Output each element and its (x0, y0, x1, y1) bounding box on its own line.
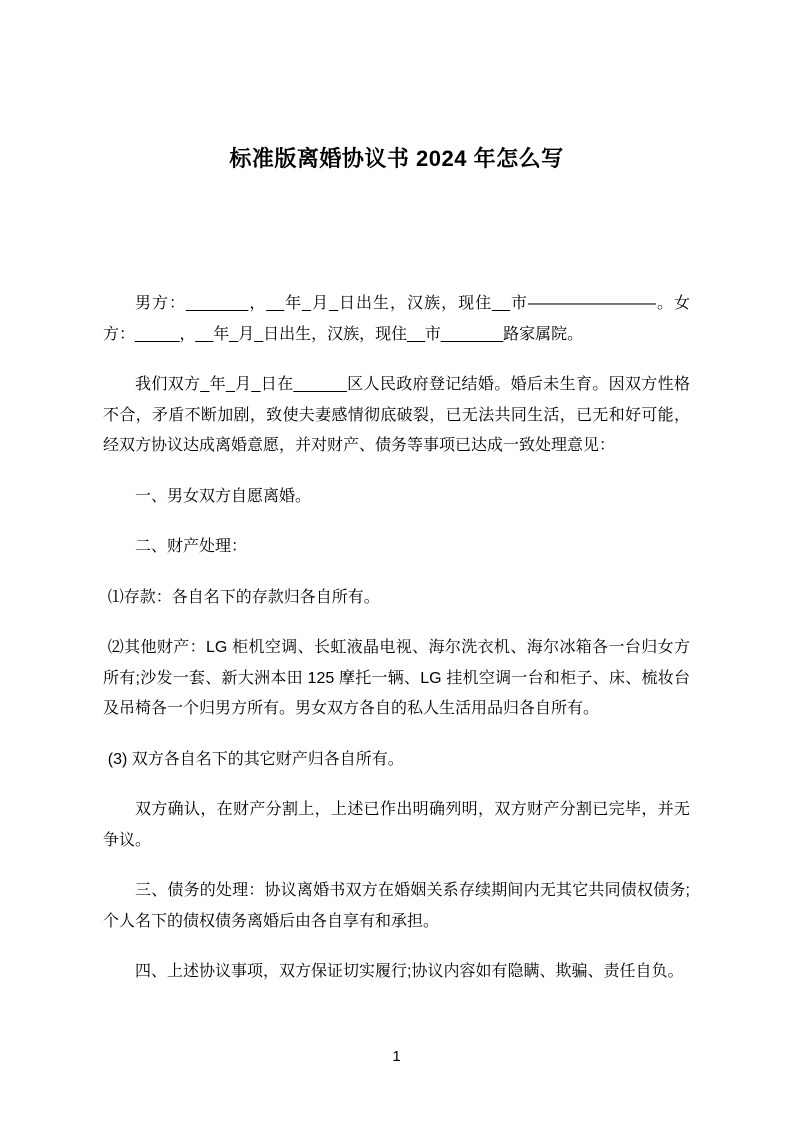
clause-property-deposits: ⑴存款：各自名下的存款归各自所有。 (103, 583, 690, 614)
clause-property-other: ⑵其他财产：LG 柜机空调、长虹液晶电视、海尔洗衣机、海尔冰箱各一台归女方所有;… (103, 633, 690, 725)
paragraph-registration: 我们双方_年_月_日在______区人民政府登记结婚。婚后未生育。因双方性格不合… (103, 370, 690, 462)
paragraph-parties: 男方：_______，__年_月_日出生，汉族，现住__市————————。女方… (103, 289, 690, 350)
document-page: 标准版离婚协议书 2024 年怎么写 男方：_______，__年_月_日出生，… (0, 0, 793, 1122)
clause-property-heading: 二、财产处理： (103, 532, 690, 563)
document-title: 标准版离婚协议书 2024 年怎么写 (103, 143, 690, 175)
clause-voluntary-divorce: 一、男女双方自愿离婚。 (103, 482, 690, 513)
clause-enforcement: 四、上述协议事项，双方保证切实履行;协议内容如有隐瞒、欺骗、责任自负。 (103, 957, 690, 988)
page-number: 1 (0, 1049, 793, 1065)
clause-debts: 三、债务的处理：协议离婚书双方在婚姻关系存续期间内无其它共同债权债务;个人名下的… (103, 876, 690, 937)
clause-property-remaining: (3) 双方各自名下的其它财产归各自所有。 (103, 745, 690, 776)
paragraph-property-confirmation: 双方确认，在财产分割上，上述已作出明确列明，双方财产分割已完毕，并无争议。 (103, 795, 690, 856)
